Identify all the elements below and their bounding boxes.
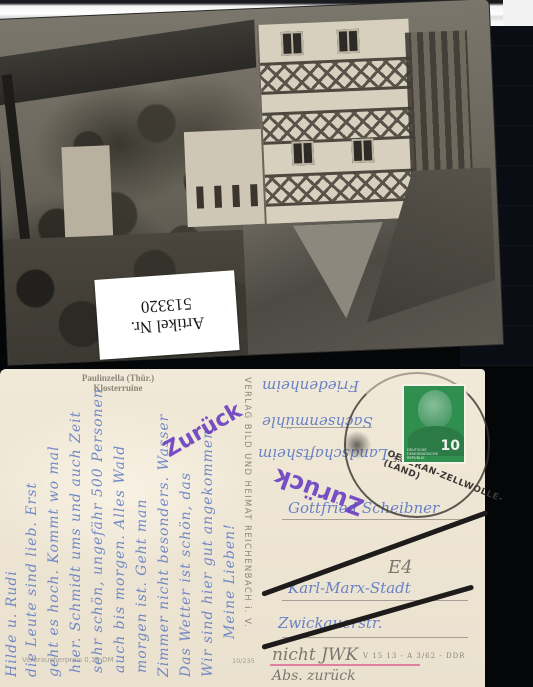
photo-half-timbered-house [256, 19, 416, 230]
postage-stamp: DEUTSCHE DEMOKRATISCHE REPUBLIK 10 [402, 384, 466, 464]
pencil-note: Abs. zurück [272, 668, 356, 684]
handwriting-line: sehr schön, ungefähr 500 Personen [90, 403, 106, 673]
pencil-note: nicht JWK [272, 645, 358, 665]
pink-underline [270, 664, 420, 666]
photo-side-wing [405, 30, 473, 182]
card-code: 10/235 [232, 657, 255, 665]
caption-place: Paulinzella (Thür.) [68, 373, 168, 383]
handwriting-sender-line: Friedenheim [262, 377, 359, 395]
series-imprint: V 15 13 - A 3/62 - DDR [363, 652, 465, 660]
caption-subject: Klosterruine [68, 383, 168, 393]
article-number-label: Artikel Nr. 513320 [94, 270, 239, 360]
postcard-front [0, 0, 503, 365]
handwriting-line: hier. Schmidt ums und auch Zeit [68, 403, 84, 673]
scanner-lid-edge [503, 0, 533, 26]
handwriting-line: die Leute sind lieb. Erst [24, 377, 40, 677]
stamp-portrait: DEUTSCHE DEMOKRATISCHE REPUBLIK 10 [404, 386, 464, 462]
stamp-value: 10 [441, 438, 460, 454]
price-imprint: Verbraucherpreis 0,10 DM [22, 656, 113, 664]
postcard-caption: Paulinzella (Thür.) Klosterruine [68, 373, 168, 393]
handwriting-line: Zimmer nicht besonders. Wasser [156, 377, 172, 677]
pencil-note: E4 [388, 557, 413, 578]
address-city: Karl-Marx-Stadt [288, 579, 411, 597]
photo-ruin-wall [61, 145, 113, 242]
handwriting-line: geht es hoch. Kommt wo mal [46, 377, 62, 677]
handwriting-line: morgen ist. Geht man [134, 403, 150, 673]
handwriting-line: Hilde u. Rudi [4, 377, 20, 677]
handwriting-line: Meine Lieben! [222, 399, 238, 639]
postmark-smudge [342, 431, 372, 459]
handwriting-line: auch bis morgen. Alles Wald [112, 403, 128, 673]
article-number: 513320 [140, 293, 192, 317]
